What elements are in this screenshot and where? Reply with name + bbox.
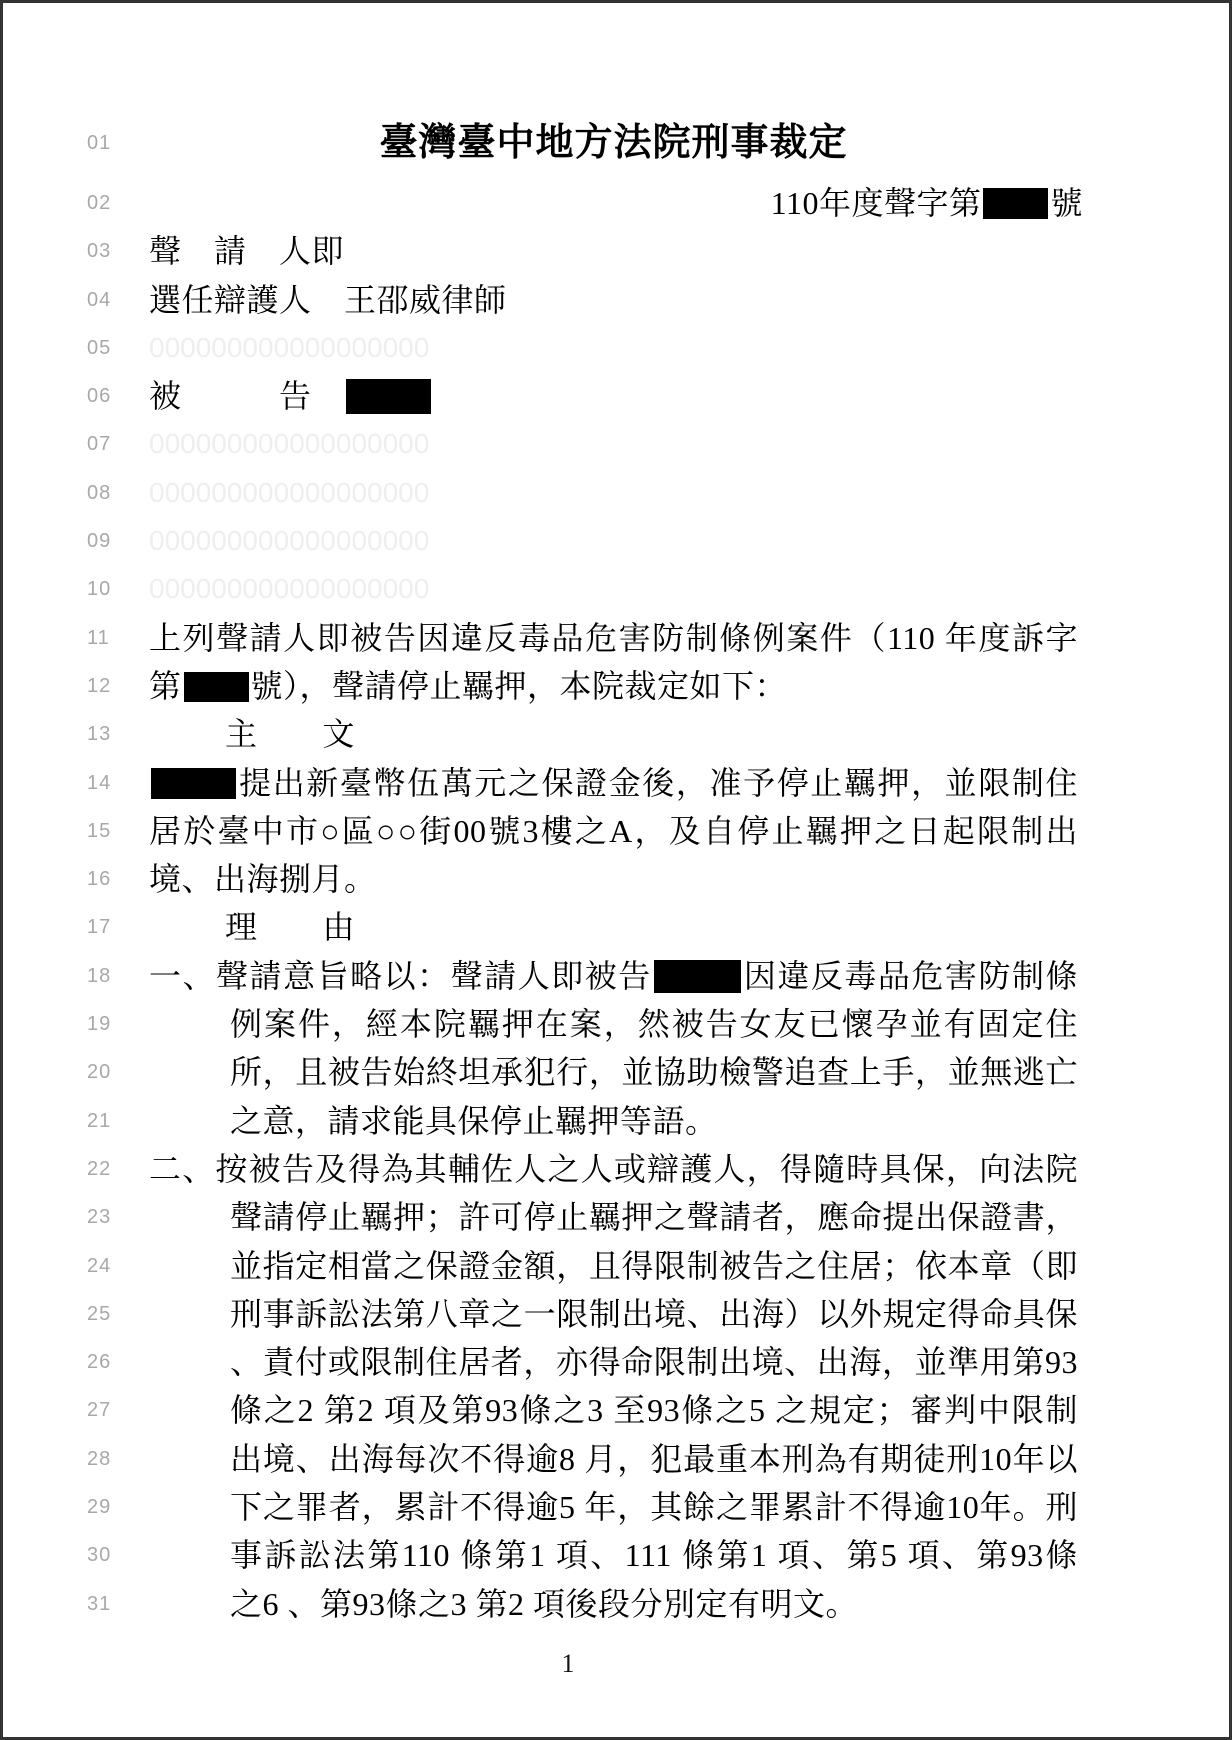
line-number: 05 (87, 324, 111, 372)
line-text: 一、聲請意旨略以：聲請人即被告因違反毒品危害防制條 (149, 952, 1078, 1000)
document-page: 01臺灣臺中地方法院刑事裁定02110年度聲字第號03聲 請 人即04選任辯護人… (0, 0, 1232, 1740)
line-text: 之意，請求能具保停止羈押等語。 (230, 1097, 1078, 1145)
document-line: 11上列聲請人即被告因違反毒品危害防制條例案件（110 年度訴字 (3, 614, 1229, 662)
text-segment: 000000000000000000 (149, 573, 429, 604)
line-number: 31 (87, 1580, 111, 1628)
text-segment: 事訴訟法第110 條第1 項、111 條第1 項、第5 項、第93條 (230, 1537, 1078, 1573)
line-number: 06 (87, 372, 111, 420)
line-text: 上列聲請人即被告因違反毒品危害防制條例案件（110 年度訴字 (149, 614, 1078, 662)
redaction-box (654, 960, 741, 993)
document-line: 27條之2 第2 項及第93條之3 至93條之5 之規定；審判中限制 (3, 1386, 1229, 1434)
line-text: 臺灣臺中地方法院刑事裁定 (149, 108, 1078, 179)
line-number: 26 (87, 1338, 111, 1386)
document-line: 31之6 、第93條之3 第2 項後段分別定有明文。 (3, 1580, 1229, 1628)
line-text: 之6 、第93條之3 第2 項後段分別定有明文。 (230, 1580, 1078, 1628)
line-text: 被 告 (149, 372, 1078, 420)
line-number: 01 (87, 108, 111, 179)
text-segment: 下之罪者，累計不得逾5 年，其餘之罪累計不得逾10年。刑 (230, 1489, 1078, 1525)
text-segment: 例案件，經本院羈押在案，然被告女友已懷孕並有固定住 (230, 1006, 1078, 1042)
line-text: 刑事訴訟法第八章之一限制出境、出海）以外規定得命具保 (230, 1290, 1078, 1338)
text-segment: 被 告 (149, 378, 344, 414)
document-line: 18一、聲請意旨略以：聲請人即被告因違反毒品危害防制條 (3, 952, 1229, 1000)
text-segment: 聲 請 人即 (149, 233, 344, 269)
text-segment: 110年度聲字第 (771, 185, 982, 221)
document-line: 12第號），聲請停止羈押，本院裁定如下： (3, 662, 1229, 710)
document-line: 02110年度聲字第號 (3, 179, 1229, 227)
text-segment: 提出新臺幣伍萬元之保證金後，准予停止羈押，並限制住 (238, 765, 1078, 801)
line-number: 16 (87, 855, 111, 903)
text-segment: 所，且被告始終坦承犯行，並協助檢警追查上手，並無逃亡 (230, 1054, 1078, 1090)
line-text: 主 文 (225, 710, 1078, 758)
document-line: 05000000000000000000 (3, 324, 1229, 372)
line-number: 22 (87, 1145, 111, 1193)
text-segment: 條之2 第2 項及第93條之3 至93條之5 之規定；審判中限制 (230, 1392, 1078, 1428)
text-segment: 、責付或限制住居者，亦得命限制出境、出海，並準用第93 (230, 1344, 1078, 1380)
text-segment: 選任辯護人 王邵威律師 (149, 282, 507, 318)
redaction-box (983, 188, 1048, 219)
line-text: 000000000000000000 (149, 324, 1078, 372)
line-text: 000000000000000000 (149, 469, 1078, 517)
redaction-box (346, 379, 431, 414)
line-number: 20 (87, 1048, 111, 1096)
document-line: 23聲請停止羈押；許可停止羈押之聲請者，應命提出保證書， (3, 1193, 1229, 1241)
text-segment: 一、聲請意旨略以：聲請人即被告 (149, 958, 652, 994)
document-line: 13主 文 (3, 710, 1229, 758)
document-line: 15居於臺中市○區○○街00號3樓之A，及自停止羈押之日起限制出 (3, 807, 1229, 855)
document-line: 09000000000000000000 (3, 517, 1229, 565)
document-line: 01臺灣臺中地方法院刑事裁定 (3, 108, 1229, 179)
line-number: 28 (87, 1435, 111, 1483)
redaction-box (184, 672, 249, 702)
document-line: 16境、出海捌月。 (3, 855, 1229, 903)
text-segment: 並指定相當之保證金額，且得限制被告之住居；依本章（即 (230, 1248, 1078, 1284)
document-line: 19例案件，經本院羈押在案，然被告女友已懷孕並有固定住 (3, 1000, 1229, 1048)
page-number: 1 (553, 1649, 583, 1679)
line-text: 所，且被告始終坦承犯行，並協助檢警追查上手，並無逃亡 (230, 1048, 1078, 1096)
line-text: 000000000000000000 (149, 565, 1078, 613)
text-segment: 000000000000000000 (149, 428, 429, 459)
document-line: 10000000000000000000 (3, 565, 1229, 613)
text-segment: 號 (1050, 185, 1083, 221)
line-text: 第號），聲請停止羈押，本院裁定如下： (149, 662, 1078, 710)
document-lines: 01臺灣臺中地方法院刑事裁定02110年度聲字第號03聲 請 人即04選任辯護人… (3, 108, 1229, 1628)
text-segment: 之意，請求能具保停止羈押等語。 (230, 1103, 718, 1139)
document-line: 30事訴訟法第110 條第1 項、111 條第1 項、第5 項、第93條 (3, 1531, 1229, 1579)
text-segment: 居於臺中市○區○○街00號3樓之A，及自停止羈押之日起限制出 (149, 813, 1078, 849)
text-segment: 上列聲請人即被告因違反毒品危害防制條例案件（110 年度訴字 (149, 620, 1078, 656)
line-text: 、責付或限制住居者，亦得命限制出境、出海，並準用第93 (230, 1338, 1078, 1386)
line-number: 23 (87, 1193, 111, 1241)
document-line: 25刑事訴訟法第八章之一限制出境、出海）以外規定得命具保 (3, 1290, 1229, 1338)
line-number: 25 (87, 1290, 111, 1338)
document-line: 14提出新臺幣伍萬元之保證金後，准予停止羈押，並限制住 (3, 759, 1229, 807)
line-number: 11 (87, 614, 110, 662)
text-segment: 境、出海捌月。 (149, 861, 377, 897)
text-segment: 000000000000000000 (149, 332, 429, 363)
line-text: 事訴訟法第110 條第1 項、111 條第1 項、第5 項、第93條 (230, 1531, 1078, 1579)
text-segment: 刑事訴訟法第八章之一限制出境、出海）以外規定得命具保 (230, 1296, 1078, 1332)
line-number: 10 (87, 565, 111, 613)
document-line: 17理 由 (3, 903, 1229, 951)
line-text: 居於臺中市○區○○街00號3樓之A，及自停止羈押之日起限制出 (149, 807, 1078, 855)
document-line: 24並指定相當之保證金額，且得限制被告之住居；依本章（即 (3, 1242, 1229, 1290)
text-segment: 臺灣臺中地方法院刑事裁定 (379, 122, 847, 164)
text-segment: 二、按被告及得為其輔佐人之人或辯護人，得隨時具保，向法院 (149, 1151, 1078, 1187)
line-number: 27 (87, 1386, 111, 1434)
line-text: 000000000000000000 (149, 420, 1078, 468)
line-number: 12 (87, 662, 111, 710)
text-segment: 000000000000000000 (149, 525, 429, 556)
document-line: 22二、按被告及得為其輔佐人之人或辯護人，得隨時具保，向法院 (3, 1145, 1229, 1193)
line-number: 21 (87, 1097, 111, 1145)
line-number: 30 (87, 1531, 111, 1579)
line-number: 13 (87, 710, 111, 758)
document-line: 06被 告 (3, 372, 1229, 420)
line-number: 08 (87, 469, 111, 517)
line-text: 理 由 (225, 903, 1078, 951)
line-number: 02 (87, 179, 111, 227)
document-line: 03聲 請 人即 (3, 227, 1229, 275)
text-segment: 主 文 (225, 716, 355, 752)
document-line: 26、責付或限制住居者，亦得命限制出境、出海，並準用第93 (3, 1338, 1229, 1386)
redaction-box (151, 768, 236, 799)
line-text: 二、按被告及得為其輔佐人之人或辯護人，得隨時具保，向法院 (149, 1145, 1078, 1193)
line-number: 24 (87, 1242, 111, 1290)
line-text: 聲請停止羈押；許可停止羈押之聲請者，應命提出保證書， (230, 1193, 1078, 1241)
line-text: 聲 請 人即 (149, 227, 1078, 275)
document-line: 08000000000000000000 (3, 469, 1229, 517)
line-number: 18 (87, 952, 111, 1000)
line-text: 提出新臺幣伍萬元之保證金後，准予停止羈押，並限制住 (149, 759, 1078, 807)
line-text: 並指定相當之保證金額，且得限制被告之住居；依本章（即 (230, 1242, 1078, 1290)
line-text: 例案件，經本院羈押在案，然被告女友已懷孕並有固定住 (230, 1000, 1078, 1048)
document-line: 07000000000000000000 (3, 420, 1229, 468)
line-number: 07 (87, 420, 111, 468)
text-segment: 因違反毒品危害防制條 (743, 958, 1078, 994)
document-line: 29下之罪者，累計不得逾5 年，其餘之罪累計不得逾10年。刑 (3, 1483, 1229, 1531)
line-text: 下之罪者，累計不得逾5 年，其餘之罪累計不得逾10年。刑 (230, 1483, 1078, 1531)
line-text: 選任辯護人 王邵威律師 (149, 276, 1078, 324)
line-number: 15 (87, 807, 111, 855)
text-segment: 出境、出海每次不得逾8 月，犯最重本刑為有期徒刑10年以 (230, 1441, 1078, 1477)
text-segment: 理 由 (225, 909, 355, 945)
text-segment: 000000000000000000 (149, 477, 429, 508)
text-segment: 號），聲請停止羈押，本院裁定如下： (251, 668, 788, 704)
line-text: 條之2 第2 項及第93條之3 至93條之5 之規定；審判中限制 (230, 1386, 1078, 1434)
text-segment: 第 (149, 668, 182, 704)
document-line: 28出境、出海每次不得逾8 月，犯最重本刑為有期徒刑10年以 (3, 1435, 1229, 1483)
document-line: 04選任辯護人 王邵威律師 (3, 276, 1229, 324)
line-number: 04 (87, 276, 111, 324)
line-number: 14 (87, 759, 111, 807)
line-number: 29 (87, 1483, 111, 1531)
line-text: 出境、出海每次不得逾8 月，犯最重本刑為有期徒刑10年以 (230, 1435, 1078, 1483)
line-text: 000000000000000000 (149, 517, 1078, 565)
line-number: 03 (87, 227, 111, 275)
line-text: 110年度聲字第號 (149, 179, 1083, 227)
text-segment: 聲請停止羈押；許可停止羈押之聲請者，應命提出保證書， (230, 1199, 1078, 1235)
text-segment: 之6 、第93條之3 第2 項後段分別定有明文。 (230, 1586, 858, 1622)
document-line: 21之意，請求能具保停止羈押等語。 (3, 1097, 1229, 1145)
line-number: 17 (87, 903, 111, 951)
line-number: 19 (87, 1000, 111, 1048)
document-line: 20所，且被告始終坦承犯行，並協助檢警追查上手，並無逃亡 (3, 1048, 1229, 1096)
line-text: 境、出海捌月。 (149, 855, 1078, 903)
line-number: 09 (87, 517, 111, 565)
